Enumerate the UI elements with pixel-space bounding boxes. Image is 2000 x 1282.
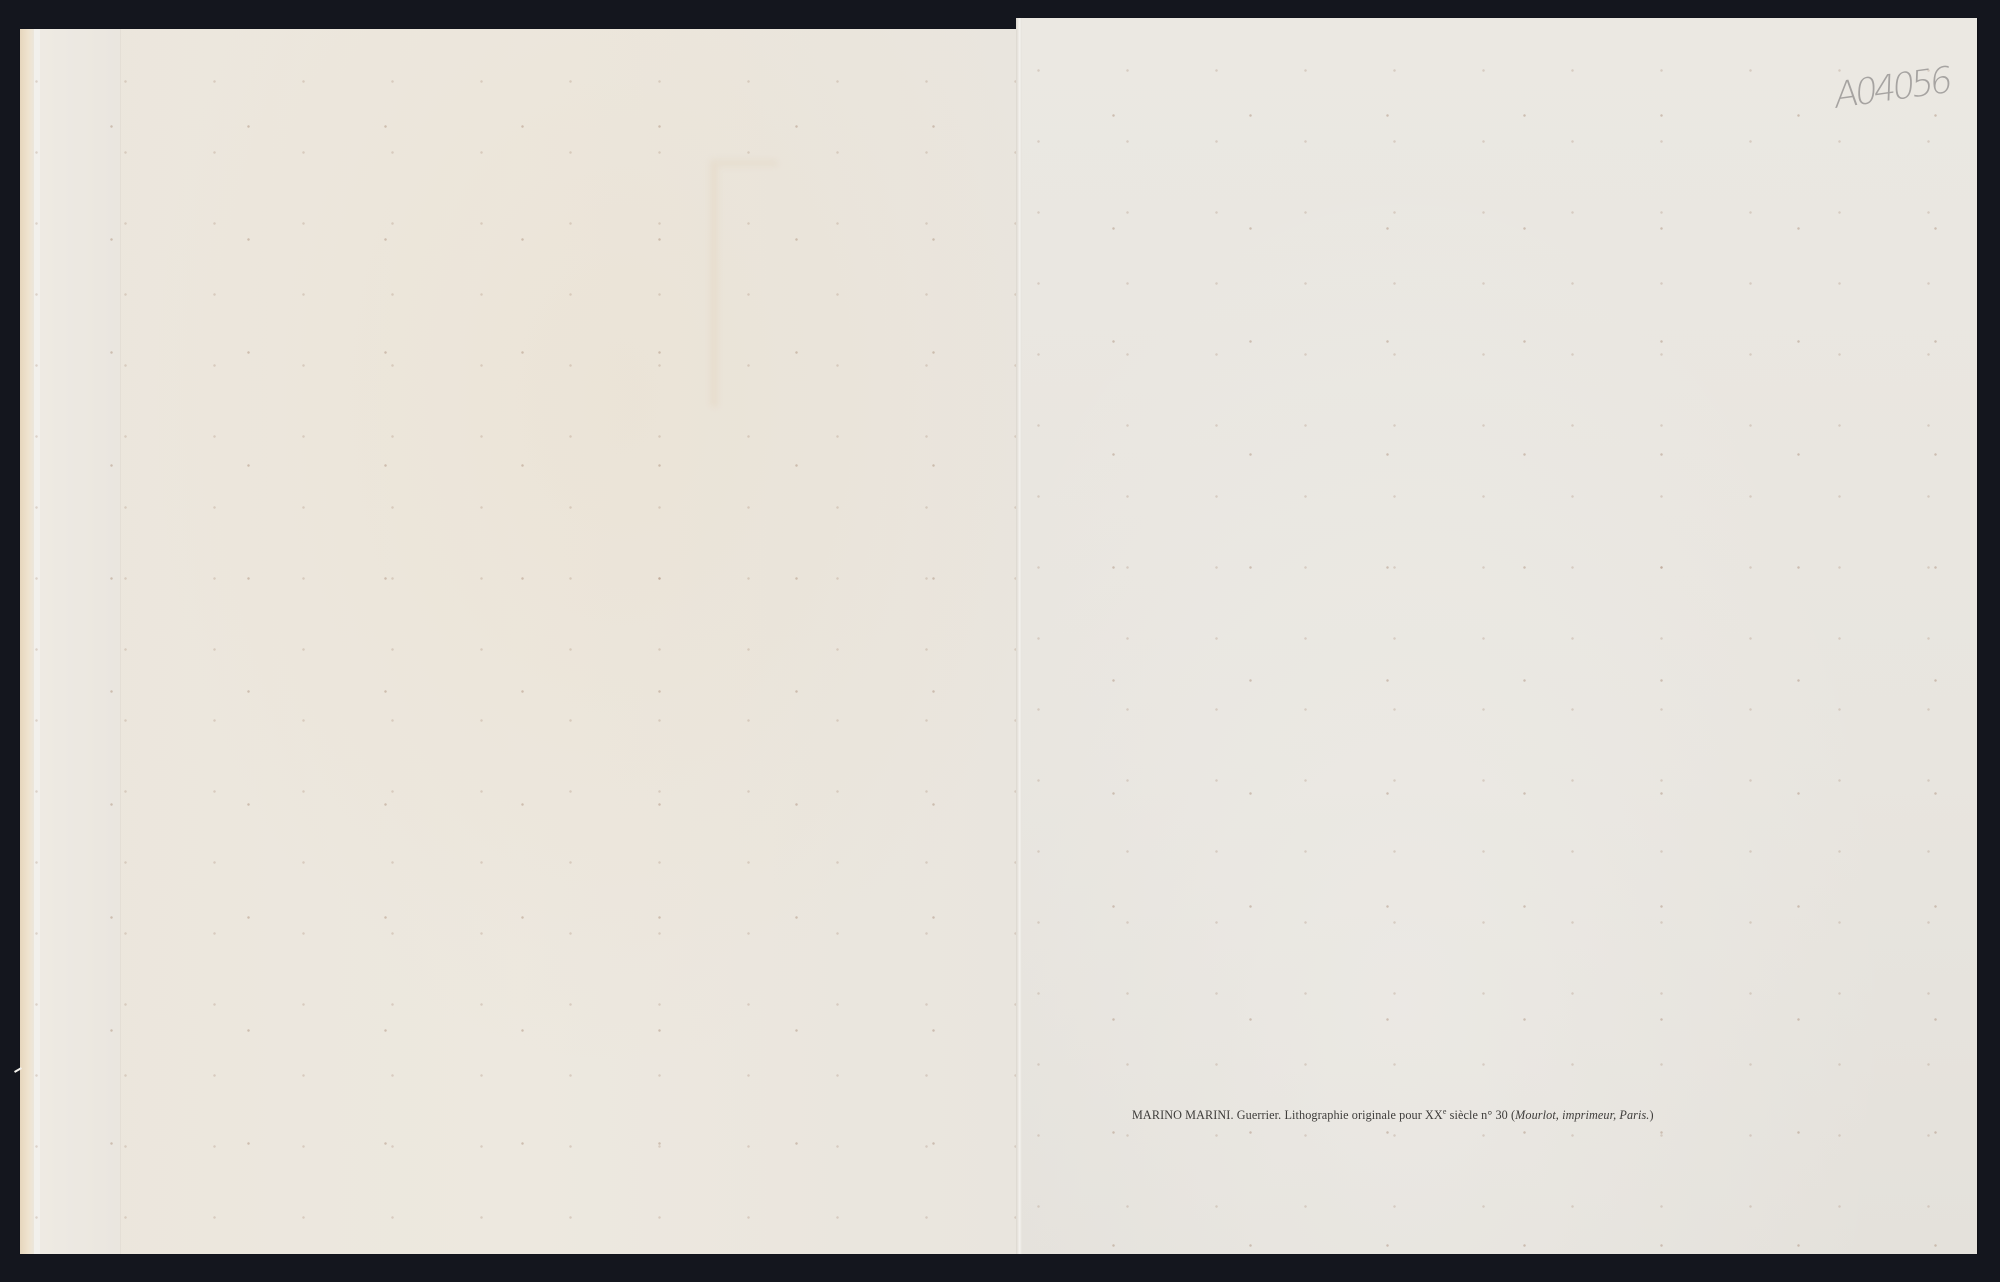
caption-description: Lithographie originale pour XX — [1284, 1108, 1442, 1122]
caption-printer: Mourlot, imprimeur, Paris. — [1515, 1108, 1649, 1122]
left-page — [20, 29, 1020, 1254]
right-page: A04056 MARINO MARINI. Guerrier. Lithogra… — [1022, 18, 1977, 1254]
paper-speckles — [20, 29, 1020, 1254]
inner-margin — [40, 29, 121, 1254]
caption-artist: MARINO MARINI. — [1132, 1108, 1234, 1122]
caption-closing: ) — [1649, 1108, 1653, 1122]
caption: MARINO MARINI. Guerrier. Lithographie or… — [1132, 1108, 1654, 1123]
paper-speckles — [1022, 18, 1977, 1254]
scan-area: A04056 MARINO MARINI. Guerrier. Lithogra… — [0, 0, 2000, 1282]
caption-description-cont: siècle n° 30 ( — [1447, 1108, 1516, 1122]
paper-stain — [710, 159, 778, 407]
binding-strip — [20, 29, 34, 1254]
caption-title: Guerrier. — [1237, 1108, 1282, 1122]
pencil-annotation: A04056 — [1834, 60, 1949, 118]
